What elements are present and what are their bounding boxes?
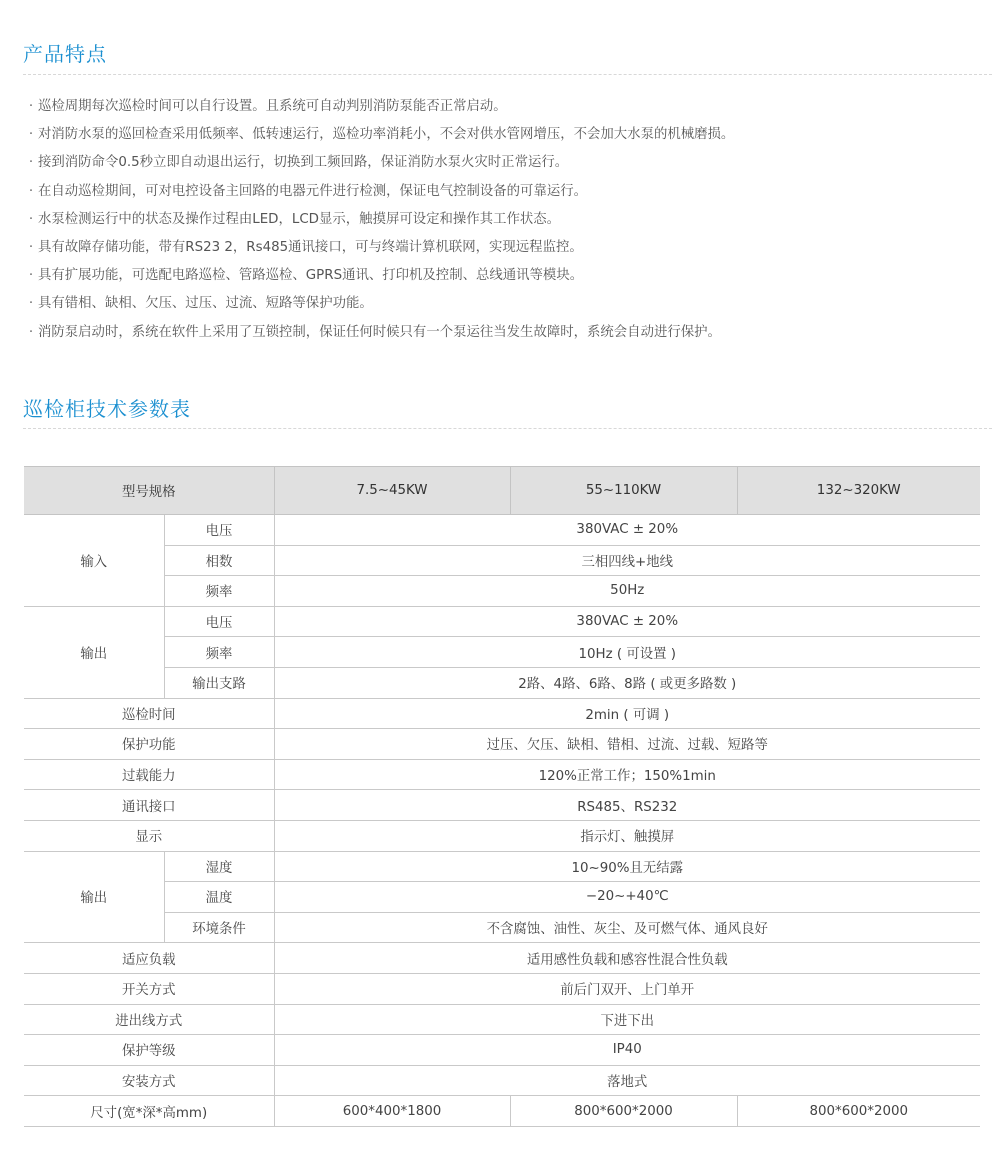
param-value: 50Hz [274, 576, 980, 607]
table-row: 输出 电压 380VAC ± 20% [24, 606, 980, 637]
param-label: 相数 [164, 545, 274, 576]
param-label: 安装方式 [24, 1065, 274, 1096]
header-model-3: 132~320KW [737, 467, 980, 515]
bullet-icon: · [24, 319, 38, 347]
bullet-icon: · [24, 206, 38, 234]
dimension-value-3: 800*600*2000 [737, 1096, 980, 1127]
table-row: 保护等级 IP40 [24, 1035, 980, 1066]
features-divider [23, 74, 992, 75]
table-row: 输入 电压 380VAC ± 20% [24, 515, 980, 546]
param-label: 输出支路 [164, 667, 274, 698]
param-value: 10Hz ( 可设置 ) [274, 637, 980, 668]
param-label: 巡检时间 [24, 698, 274, 729]
param-value: 前后门双开、上门单开 [274, 973, 980, 1004]
param-label: 显示 [24, 820, 274, 851]
table-row: 输出支路 2路、4路、6路、8路 ( 或更多路数 ) [24, 667, 980, 698]
spec-table: 型号规格 7.5~45KW 55~110KW 132~320KW 输入 电压 3… [24, 466, 980, 1127]
param-value: 120%正常工作；150%1min [274, 759, 980, 790]
bullet-icon: · [24, 178, 38, 206]
table-row: 环境条件 不含腐蚀、油性、灰尘、及可燃气体、通风良好 [24, 912, 980, 943]
param-label: 温度 [164, 882, 274, 913]
table-row: 进出线方式 下进下出 [24, 1004, 980, 1035]
param-value: 10~90%且无结露 [274, 851, 980, 882]
param-value: 过压、欠压、缺相、错相、过流、过载、短路等 [274, 729, 980, 760]
param-value: IP40 [274, 1035, 980, 1066]
param-label: 频率 [164, 637, 274, 668]
feature-item: ·对消防水泵的巡回检查采用低频率、低转速运行，巡检功率消耗小，不会对供水管网增压… [24, 121, 984, 149]
feature-item: ·接到消防命令0.5秒立即自动退出运行，切换到工频回路，保证消防水泵火灾时正常运… [24, 149, 984, 177]
feature-item: ·巡检周期每次巡检时间可以自行设置。且系统可自动判别消防泵能否正常启动。 [24, 93, 984, 121]
param-label: 开关方式 [24, 973, 274, 1004]
table-row: 频率 50Hz [24, 576, 980, 607]
header-model-label: 型号规格 [24, 467, 274, 515]
param-value: 落地式 [274, 1065, 980, 1096]
table-row-dimensions: 尺寸(宽*深*高mm) 600*400*1800 800*600*2000 80… [24, 1096, 980, 1127]
param-value: 下进下出 [274, 1004, 980, 1035]
param-label: 电压 [164, 515, 274, 546]
bullet-icon: · [24, 290, 38, 318]
features-title: 产品特点 [23, 38, 107, 67]
feature-item: ·具有错相、缺相、欠压、过压、过流、短路等保护功能。 [24, 290, 984, 318]
bullet-icon: · [24, 234, 38, 262]
spec-title: 巡检柜技术参数表 [23, 393, 191, 422]
feature-item: ·水泵检测运行中的状态及操作过程由LED，LCD显示，触摸屏可设定和操作其工作状… [24, 206, 984, 234]
group-label-output: 输出 [24, 606, 164, 698]
feature-item: ·在自动巡检期间，可对电控设备主回路的电器元件进行检测，保证电气控制设备的可靠运… [24, 178, 984, 206]
param-label: 尺寸(宽*深*高mm) [24, 1096, 274, 1127]
param-value: 380VAC ± 20% [274, 606, 980, 637]
param-value: 2min ( 可调 ) [274, 698, 980, 729]
bullet-icon: · [24, 121, 38, 149]
spec-divider [23, 428, 992, 429]
param-label: 保护等级 [24, 1035, 274, 1066]
dimension-value-1: 600*400*1800 [274, 1096, 510, 1127]
param-label: 环境条件 [164, 912, 274, 943]
feature-item: ·消防泵启动时，系统在软件上采用了互锁控制，保证任何时候只有一个泵运往当发生故障… [24, 319, 984, 347]
table-row: 显示 指示灯、触摸屏 [24, 820, 980, 851]
table-row: 开关方式 前后门双开、上门单开 [24, 973, 980, 1004]
bullet-icon: · [24, 149, 38, 177]
features-list: ·巡检周期每次巡检时间可以自行设置。且系统可自动判别消防泵能否正常启动。 ·对消… [24, 93, 984, 347]
table-row: 安装方式 落地式 [24, 1065, 980, 1096]
param-label: 频率 [164, 576, 274, 607]
table-header-row: 型号规格 7.5~45KW 55~110KW 132~320KW [24, 467, 980, 515]
table-row: 相数 三相四线+地线 [24, 545, 980, 576]
bullet-icon: · [24, 93, 38, 121]
param-value: RS485、RS232 [274, 790, 980, 821]
param-label: 适应负载 [24, 943, 274, 974]
table-row: 温度 −20~+40℃ [24, 882, 980, 913]
table-row: 巡检时间 2min ( 可调 ) [24, 698, 980, 729]
header-model-1: 7.5~45KW [274, 467, 510, 515]
group-label-environment: 输出 [24, 851, 164, 943]
param-label: 湿度 [164, 851, 274, 882]
param-label: 保护功能 [24, 729, 274, 760]
table-row: 适应负载 适用感性负载和感容性混合性负载 [24, 943, 980, 974]
param-label: 进出线方式 [24, 1004, 274, 1035]
param-value: 指示灯、触摸屏 [274, 820, 980, 851]
param-label: 过载能力 [24, 759, 274, 790]
feature-item: ·具有扩展功能，可选配电路巡检、管路巡检、GPRS通讯、打印机及控制、总线通讯等… [24, 262, 984, 290]
header-model-2: 55~110KW [510, 467, 737, 515]
param-value: −20~+40℃ [274, 882, 980, 913]
param-value: 不含腐蚀、油性、灰尘、及可燃气体、通风良好 [274, 912, 980, 943]
param-value: 380VAC ± 20% [274, 515, 980, 546]
group-label-input: 输入 [24, 515, 164, 607]
param-value: 2路、4路、6路、8路 ( 或更多路数 ) [274, 667, 980, 698]
table-row: 保护功能 过压、欠压、缺相、错相、过流、过载、短路等 [24, 729, 980, 760]
table-row: 输出 湿度 10~90%且无结露 [24, 851, 980, 882]
param-value: 三相四线+地线 [274, 545, 980, 576]
param-label: 通讯接口 [24, 790, 274, 821]
bullet-icon: · [24, 262, 38, 290]
table-row: 过载能力 120%正常工作；150%1min [24, 759, 980, 790]
feature-item: ·具有故障存储功能，带有RS23 2，Rs485通讯接口，可与终端计算机联网，实… [24, 234, 984, 262]
param-value: 适用感性负载和感容性混合性负载 [274, 943, 980, 974]
dimension-value-2: 800*600*2000 [510, 1096, 737, 1127]
param-label: 电压 [164, 606, 274, 637]
table-row: 通讯接口 RS485、RS232 [24, 790, 980, 821]
table-row: 频率 10Hz ( 可设置 ) [24, 637, 980, 668]
